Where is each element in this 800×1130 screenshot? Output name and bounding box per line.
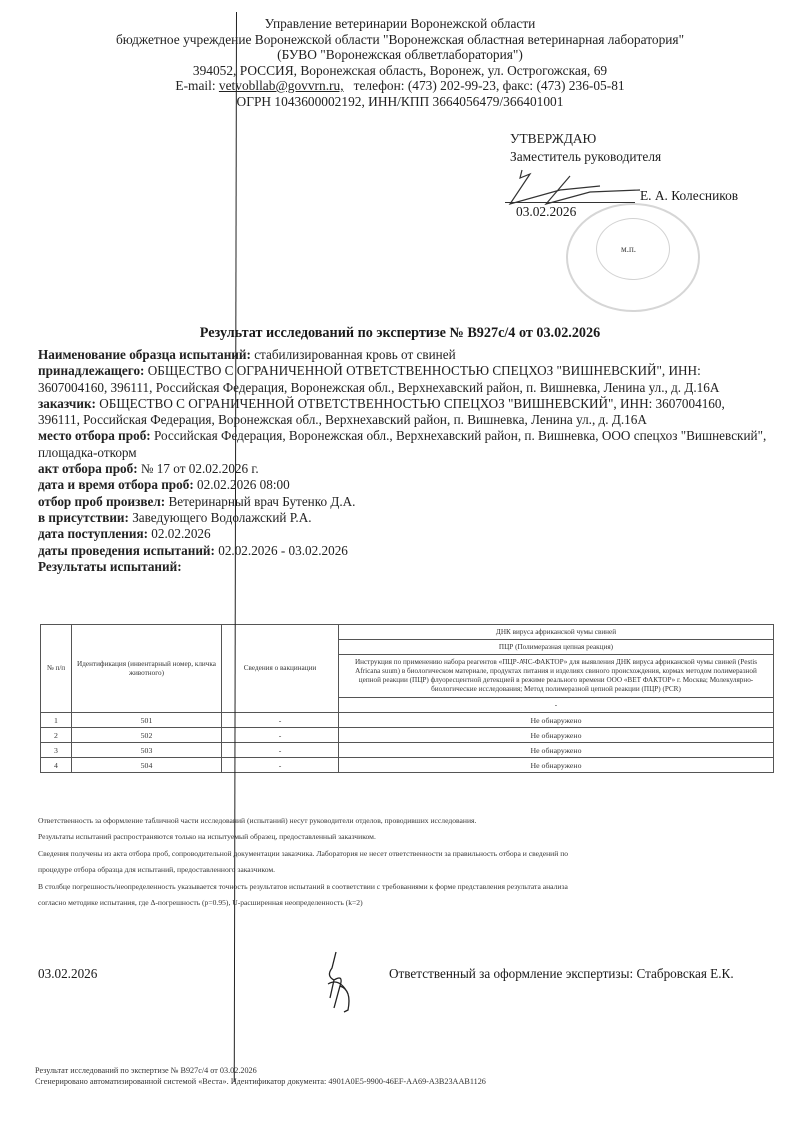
email-link[interactable]: vetvobllab@govvrn.ru, [219,78,344,93]
info-owner: принадлежащего: ОБЩЕСТВО С ОГРАНИЧЕННОЙ … [38,363,768,396]
info-sampling-act: акт отбора проб: № 17 от 02.02.2026 г. [38,461,768,477]
header-num: № п/п [41,625,72,713]
signoff-date: 03.02.2026 [38,966,97,982]
note-6: согласно методике испытания, где Δ-погре… [38,895,778,911]
document-footer: Результат исследований по экспертизе № В… [35,1065,486,1087]
note-1: Ответственность за оформление табличной … [38,813,778,829]
info-sampling-datetime: дата и время отбора проб: 02.02.2026 08:… [38,477,768,493]
info-sampler: отбор проб произвел: Ветеринарный врач Б… [38,494,768,510]
header-line-3: (БУВО "Воронежская облветлаборатория") [0,47,800,63]
header-line-1: Управление ветеринарии Воронежской облас… [0,16,800,32]
info-customer: заказчик: ОБЩЕСТВО С ОГРАНИЧЕННОЙ ОТВЕТС… [38,396,768,429]
info-sampling-place: место отбора проб: Российская Федерация,… [38,428,768,461]
document-title: Результат исследований по экспертизе № В… [0,325,800,342]
info-test-dates: даты проведения испытаний: 02.02.2026 - … [38,543,768,559]
note-3: Сведения получены из акта отбора проб, с… [38,846,778,862]
table-row: 3 503 - Не обнаружено [41,743,774,758]
phones: телефон: (473) 202-99-23, факс: (473) 23… [354,78,625,93]
approval-date: 03.02.2026 [516,204,576,220]
header-line-2: бюджетное учреждение Воронежской области… [0,32,800,48]
responsible-signature-icon [322,950,362,1020]
header-units: - [339,698,774,713]
header-method: ПЦР (Полимеразная цепная реакция) [339,640,774,655]
header-registration: ОГРН 1043600002192, ИНН/КПП 3664056479/3… [0,94,800,110]
footer-line-2: Сгенерировано автоматизированной системо… [35,1076,486,1087]
table-row: 1 501 - Не обнаружено [41,713,774,728]
info-received-date: дата поступления: 02.02.2026 [38,526,768,542]
signature-line [505,202,635,203]
approver-name: Е. А. Колесников [640,188,738,204]
email-label: E-mail: [175,78,215,93]
lab-header: Управление ветеринарии Воронежской облас… [0,16,800,109]
stamp-label: м.п. [621,244,636,254]
notes: Ответственность за оформление табличной … [38,813,778,911]
approval-position: Заместитель руководителя [510,148,661,166]
table-row: 2 502 - Не обнаружено [41,728,774,743]
approval-block: УТВЕРЖДАЮ Заместитель руководителя [510,130,661,166]
header-instruction: Инструкция по применению набора реагенто… [339,655,774,698]
header-address: 394052, РОССИЯ, Воронежская область, Вор… [0,63,800,79]
approval-label: УТВЕРЖДАЮ [510,130,661,148]
header-vaccination: Сведения о вакцинации [222,625,339,713]
info-witness: в присутствии: Заведующего Водолажский Р… [38,510,768,526]
header-test-name: ДНК вируса африканской чумы свиней [339,625,774,640]
table-row: 4 504 - Не обнаружено [41,758,774,773]
results-table: № п/п Идентификация (инвентарный номер, … [40,624,774,773]
info-sample-name: Наименование образца испытаний: стабилиз… [38,347,768,363]
note-4: процедуре отбора образца для испытаний, … [38,862,778,878]
info-results-heading: Результаты испытаний: [38,559,768,575]
responsible-person: Ответственный за оформление экспертизы: … [389,966,734,982]
header-contacts: E-mail: vetvobllab@govvrn.ru, телефон: (… [0,78,800,94]
sample-info: Наименование образца испытаний: стабилиз… [38,347,768,575]
header-identification: Идентификация (инвентарный номер, кличка… [72,625,222,713]
note-2: Результаты испытаний распространяются то… [38,829,778,845]
footer-line-1: Результат исследований по экспертизе № В… [35,1065,486,1076]
note-5: В столбце погрешность/неопределенность у… [38,879,778,895]
